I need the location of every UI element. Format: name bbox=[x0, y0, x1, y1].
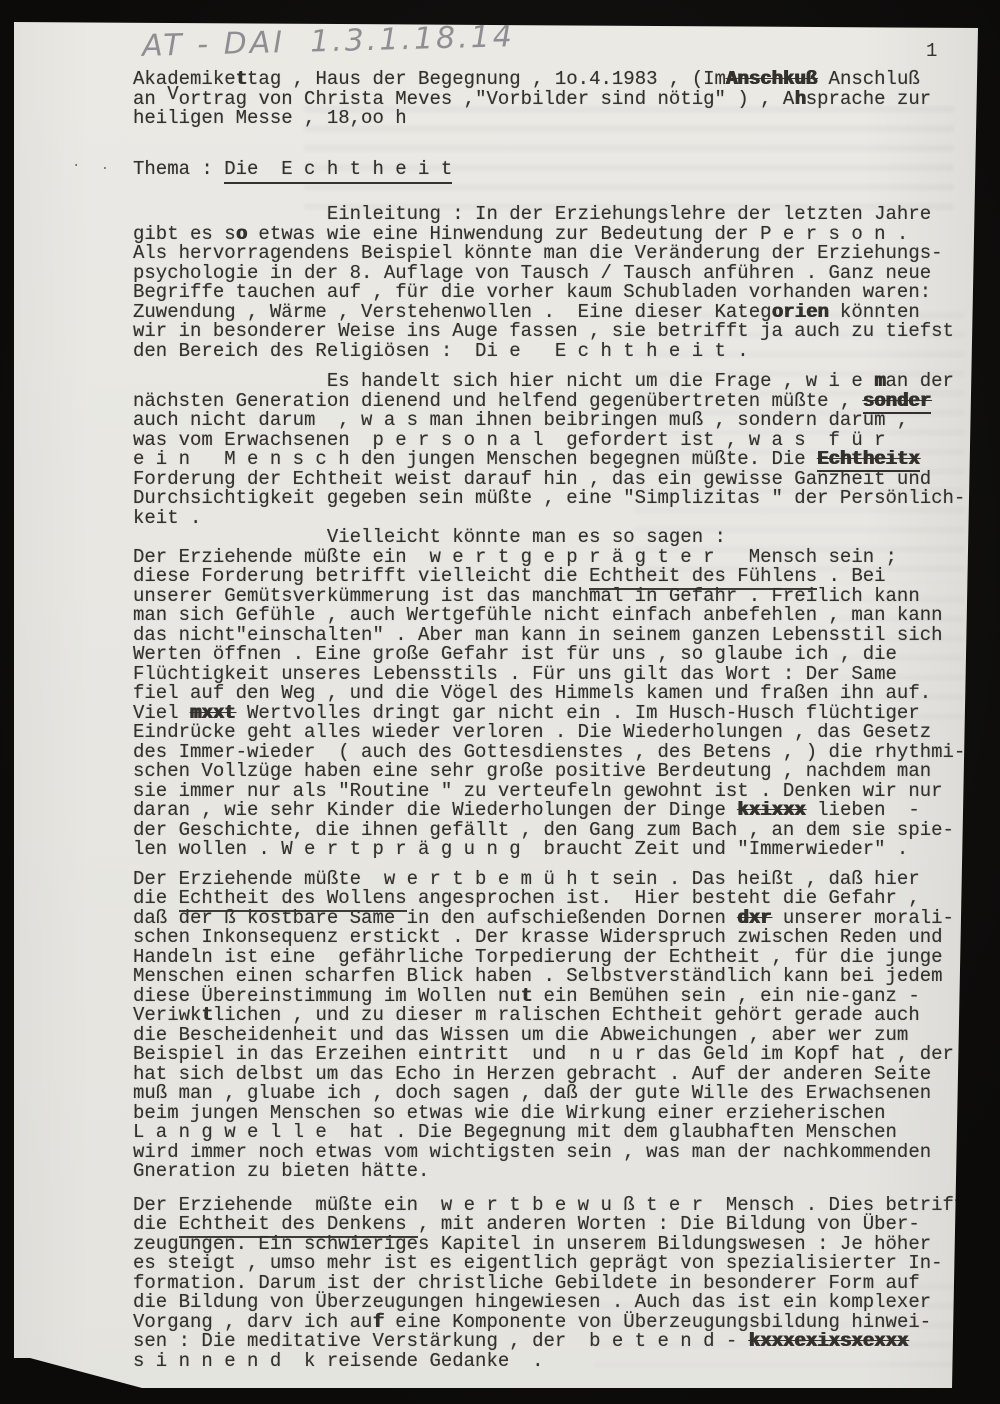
text-segment: den Bereich des Religiösen : Di e E c h … bbox=[133, 340, 749, 362]
text-segment-ot: m bbox=[874, 370, 885, 392]
text-line: den Bereich des Religiösen : Di e E c h … bbox=[133, 342, 978, 362]
typewritten-text: Akademikettag , Haus der Begegnung , 1o.… bbox=[133, 70, 978, 1371]
text-line: Durchsichtigkeit gegeben sein müßte , ei… bbox=[133, 489, 978, 509]
block-thema: Thema : Die E c h t h e i t bbox=[133, 160, 978, 180]
text-segment-raise: V bbox=[167, 85, 178, 105]
stray-pencil-marks: · . bbox=[72, 158, 115, 174]
text-segment: heiligen Messe , 18,oo h bbox=[133, 107, 407, 129]
text-line: Thema : Die E c h t h e i t bbox=[133, 160, 978, 180]
text-segment: an der bbox=[886, 370, 954, 392]
text-segment-strike: kxxxexixsxexxx bbox=[749, 1330, 909, 1352]
text-line: s i n n e n d k reisende Gedanke . bbox=[133, 1352, 978, 1372]
scanned-page: AT - DAI 1.3.1.18.14 1 · . Akademikettag… bbox=[14, 22, 978, 1388]
text-segment: s i n n e n d k reisende Gedanke . bbox=[133, 1350, 543, 1372]
block-header: Akademikettag , Haus der Begegnung , 1o.… bbox=[133, 70, 978, 129]
text-line: heiligen Messe , 18,oo h bbox=[133, 109, 978, 129]
text-segment: Gneration zu bieten hätte. bbox=[133, 1160, 429, 1182]
text-segment: Thema : bbox=[133, 158, 224, 180]
text-segment-ot: h bbox=[794, 88, 805, 110]
text-line: len wollen . W e r t p r ä g u n g brauc… bbox=[133, 840, 978, 860]
text-segment: len wollen . W e r t p r ä g u n g brauc… bbox=[133, 838, 908, 860]
text-line: Gneration zu bieten hätte. bbox=[133, 1162, 978, 1182]
block-para2: Es handelt sich hier nicht um die Frage … bbox=[133, 372, 978, 528]
block-para3: Vielleicht könnte man es so sagen :Der E… bbox=[133, 528, 978, 860]
block-para4: Der Erziehende müßte w e r t b e m ü h t… bbox=[133, 870, 978, 1182]
block-para5: Der Erziehende müßte ein w e r t b e w u… bbox=[133, 1196, 978, 1372]
text-segment: Durchsichtigkeit gegeben sein müßte , ei… bbox=[133, 487, 965, 509]
text-segment: sprache zur bbox=[806, 88, 931, 110]
page-number: 1 bbox=[926, 40, 937, 62]
text-segment-u2: Die E c h t h e i t bbox=[224, 158, 452, 184]
handwritten-archival-note: AT - DAI 1.3.1.18.14 bbox=[142, 19, 516, 64]
block-para1: Einleitung : In der Erziehungslehre der … bbox=[133, 205, 978, 361]
